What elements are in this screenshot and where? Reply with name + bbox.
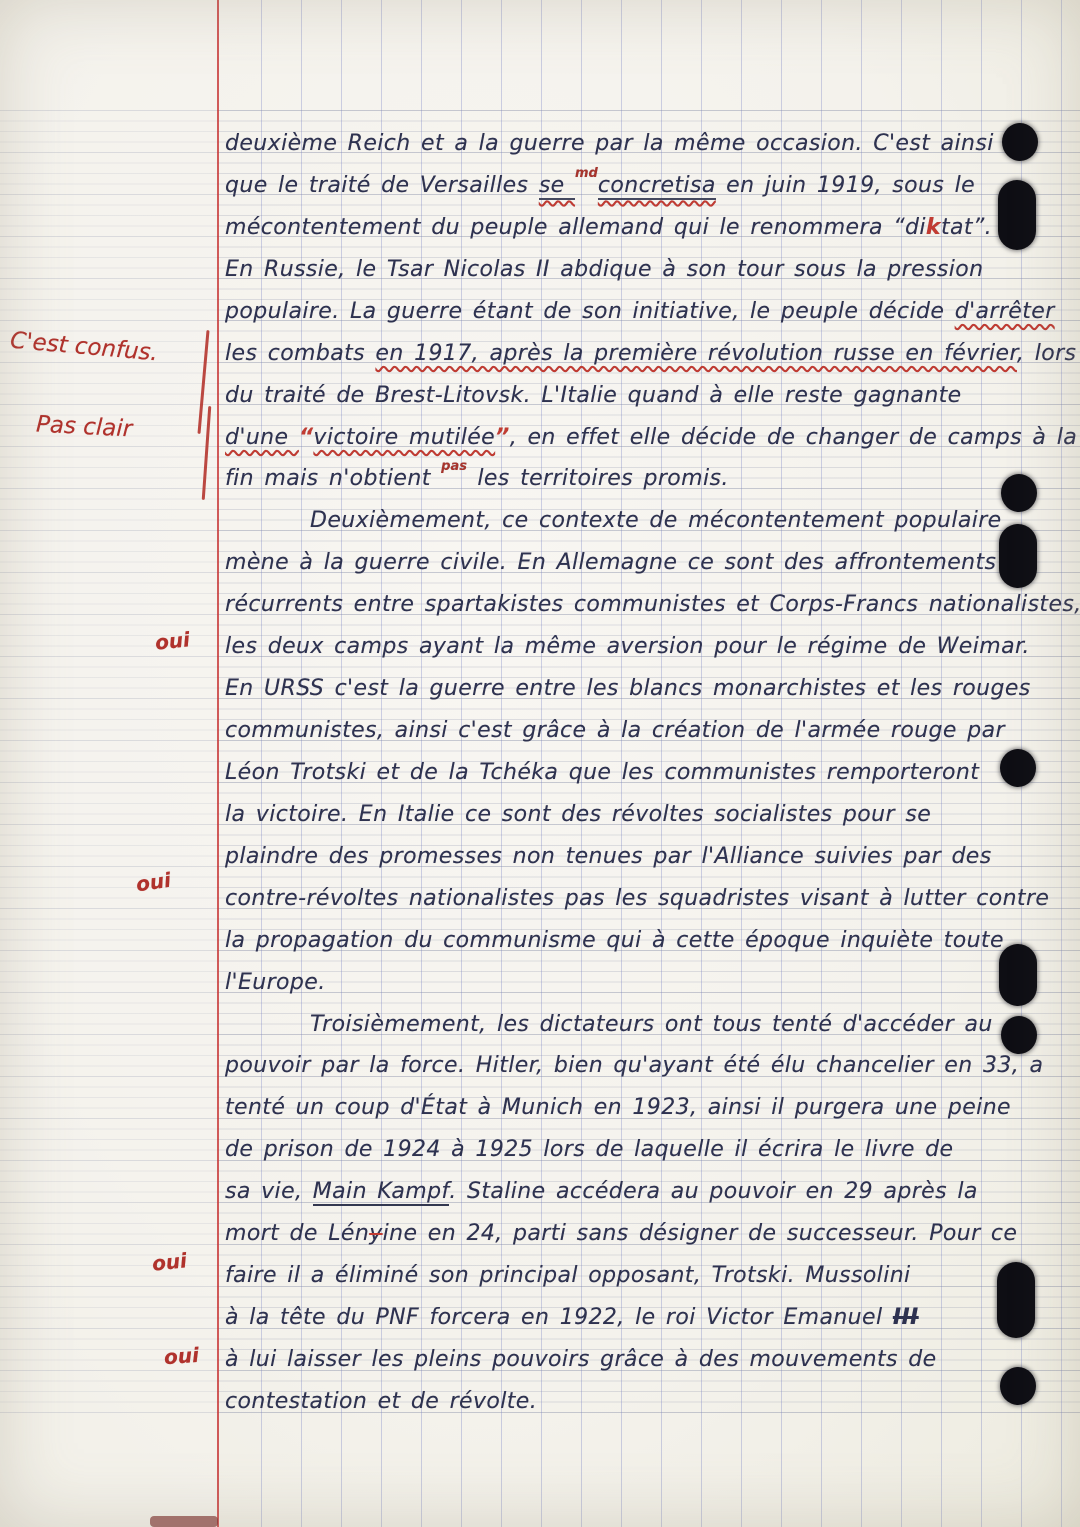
text-segment-red: ” bbox=[495, 425, 510, 450]
handwritten-line: Troisièmement, les dictateurs ont tous t… bbox=[225, 1012, 993, 1037]
text-segment: pouvoir par la force. Hitler, bien qu'ay… bbox=[225, 1053, 1043, 1078]
text-segment: En Russie, le Tsar Nicolas II abdique à … bbox=[225, 257, 983, 282]
handwritten-line: contre-révoltes nationalistes pas les sq… bbox=[225, 886, 1049, 911]
page-edge-smudge bbox=[150, 1516, 218, 1527]
handwritten-line: à lui laisser les pleins pouvoirs grâce … bbox=[225, 1347, 937, 1372]
handwritten-line: l'Europe. bbox=[225, 970, 326, 995]
text-segment: , lors bbox=[1017, 341, 1076, 366]
text-segment: . Staline accédera au pouvoir en 29 aprè… bbox=[449, 1179, 978, 1204]
red-margin-line bbox=[217, 0, 219, 1527]
text-segment: sa vie, bbox=[225, 1179, 313, 1204]
binder-hole bbox=[999, 944, 1037, 1006]
handwritten-line: faire il a éliminé son principal opposan… bbox=[225, 1263, 911, 1288]
text-segment: en juin 1919, sous le bbox=[716, 173, 975, 198]
text-segment-strike-dark: III bbox=[893, 1305, 919, 1330]
binder-hole bbox=[1002, 123, 1038, 161]
text-segment-uw: d'une bbox=[225, 425, 299, 450]
handwritten-line: à la tête du PNF forcera en 1922, le roi… bbox=[225, 1305, 919, 1330]
text-segment: de prison de 1924 à 1925 lors de laquell… bbox=[225, 1137, 953, 1162]
text-segment: à lui laisser les pleins pouvoirs grâce … bbox=[225, 1347, 937, 1372]
binder-hole bbox=[999, 524, 1037, 588]
text-segment: l'Europe. bbox=[225, 970, 326, 995]
binder-hole bbox=[1000, 1367, 1036, 1405]
handwritten-line: Léon Trotski et de la Tchéka que les com… bbox=[225, 760, 979, 785]
text-segment: mécontentement du peuple allemand qui le… bbox=[225, 215, 926, 240]
handwritten-line: les combats en 1917, après la première r… bbox=[225, 341, 1076, 366]
handwritten-line: mécontentement du peuple allemand qui le… bbox=[225, 215, 992, 240]
text-segment: du traité de Brest-Litovsk. L'Italie qua… bbox=[225, 383, 962, 408]
handwritten-line: sa vie, Main Kampf. Staline accédera au … bbox=[225, 1179, 978, 1204]
handwritten-line: mort de Lényine en 24, parti sans désign… bbox=[225, 1221, 1017, 1246]
text-segment-strike-red: y bbox=[369, 1221, 382, 1246]
notebook-page: C'est confus. Pas clair oui oui oui oui … bbox=[0, 0, 1080, 1527]
text-segment: mort de Lén bbox=[225, 1221, 369, 1246]
text-segment: les combats bbox=[225, 341, 375, 366]
handwritten-line: En URSS c'est la guerre entre les blancs… bbox=[225, 676, 1031, 701]
text-segment: mène à la guerre civile. En Allemagne ce… bbox=[225, 550, 996, 575]
handwritten-line: pouvoir par la force. Hitler, bien qu'ay… bbox=[225, 1053, 1043, 1078]
margin-note-oui: oui bbox=[154, 627, 191, 655]
handwritten-line: populaire. La guerre étant de son initia… bbox=[225, 299, 1055, 324]
text-segment: contestation et de révolte. bbox=[225, 1389, 537, 1414]
handwritten-line: mène à la guerre civile. En Allemagne ce… bbox=[225, 550, 996, 575]
text-segment-u-uw: se bbox=[539, 173, 575, 200]
binder-hole bbox=[1000, 749, 1036, 787]
handwritten-line: Deuxièmement, ce contexte de mécontentem… bbox=[225, 508, 1002, 533]
text-segment-u-uw: concretisa bbox=[598, 173, 716, 200]
text-segment: la victoire. En Italie ce sont des révol… bbox=[225, 802, 931, 827]
text-segment: Deuxièmement, ce contexte de mécontentem… bbox=[310, 508, 1002, 533]
text-segment-red-bold: k bbox=[926, 215, 941, 240]
text-segment: communistes, ainsi c'est grâce à la créa… bbox=[225, 718, 1005, 743]
handwritten-line: que le traité de Versailles se mdconcret… bbox=[225, 173, 975, 198]
margin-note-oui: oui bbox=[151, 1248, 188, 1276]
text-segment: En URSS c'est la guerre entre les blancs… bbox=[225, 676, 1031, 701]
handwritten-line: récurrents entre spartakistes communiste… bbox=[225, 592, 1080, 617]
handwritten-line: la propagation du communisme qui à cette… bbox=[225, 928, 1004, 953]
handwritten-line: tenté un coup d'État à Munich en 1923, a… bbox=[225, 1095, 1011, 1120]
text-segment: la propagation du communisme qui à cette… bbox=[225, 928, 1004, 953]
text-segment: les territoires promis. bbox=[467, 466, 729, 491]
handwritten-line: fin mais n'obtient pas les territoires p… bbox=[225, 466, 729, 491]
margin-note-oui: oui bbox=[163, 1343, 199, 1369]
margin-note-pas-clair: Pas clair bbox=[35, 411, 132, 442]
handwritten-line: deuxième Reich et a la guerre par la mêm… bbox=[225, 131, 994, 156]
handwritten-line: contestation et de révolte. bbox=[225, 1389, 537, 1414]
text-segment: fin mais n'obtient bbox=[225, 466, 441, 491]
text-segment-uw: d'arrêter bbox=[955, 299, 1055, 324]
binder-hole bbox=[1001, 474, 1037, 512]
text-segment: faire il a éliminé son principal opposan… bbox=[225, 1263, 911, 1288]
handwritten-line: d'une “victoire mutilée”, en effet elle … bbox=[225, 425, 1077, 450]
text-segment: Léon Trotski et de la Tchéka que les com… bbox=[225, 760, 979, 785]
text-segment: populaire. La guerre étant de son initia… bbox=[225, 299, 955, 324]
text-segment: deuxième Reich et a la guerre par la mêm… bbox=[225, 131, 994, 156]
handwritten-line: les deux camps ayant la même aversion po… bbox=[225, 634, 1030, 659]
text-segment: à la tête du PNF forcera en 1922, le roi… bbox=[225, 1305, 893, 1330]
handwritten-line: communistes, ainsi c'est grâce à la créa… bbox=[225, 718, 1005, 743]
handwritten-line: la victoire. En Italie ce sont des révol… bbox=[225, 802, 931, 827]
binder-hole bbox=[997, 1262, 1035, 1338]
left-margin-area bbox=[0, 0, 217, 1527]
text-segment: récurrents entre spartakistes communiste… bbox=[225, 592, 1080, 617]
text-segment: , en effet elle décide de changer de cam… bbox=[510, 425, 1077, 450]
text-segment: que le traité de Versailles bbox=[225, 173, 539, 198]
binder-hole bbox=[1001, 1016, 1037, 1054]
text-segment-uw: en 1917, après la première révolution ru… bbox=[375, 341, 1017, 366]
text-segment: plaindre des promesses non tenues par l'… bbox=[225, 844, 992, 869]
text-segment: ine en 24, parti sans désigner de succes… bbox=[383, 1221, 1018, 1246]
handwritten-line: du traité de Brest-Litovsk. L'Italie qua… bbox=[225, 383, 962, 408]
text-segment: Troisièmement, les dictateurs ont tous t… bbox=[310, 1012, 993, 1037]
handwritten-line: plaindre des promesses non tenues par l'… bbox=[225, 844, 992, 869]
text-segment: tat”. bbox=[941, 215, 992, 240]
text-segment-sup: pas bbox=[441, 459, 467, 474]
margin-note-oui: oui bbox=[134, 868, 172, 897]
handwritten-line: En Russie, le Tsar Nicolas II abdique à … bbox=[225, 257, 983, 282]
text-segment: tenté un coup d'État à Munich en 1923, a… bbox=[225, 1095, 1011, 1120]
binder-hole bbox=[998, 180, 1036, 250]
text-segment-sup: md bbox=[575, 166, 598, 181]
handwritten-line: de prison de 1924 à 1925 lors de laquell… bbox=[225, 1137, 953, 1162]
text-segment: les deux camps ayant la même aversion po… bbox=[225, 634, 1030, 659]
text-segment-red: “ bbox=[299, 425, 314, 450]
text-segment-uw: victoire mutilée bbox=[313, 425, 495, 450]
text-segment-u2: Main Kampf bbox=[313, 1179, 449, 1206]
text-segment: contre-révoltes nationalistes pas les sq… bbox=[225, 886, 1049, 911]
